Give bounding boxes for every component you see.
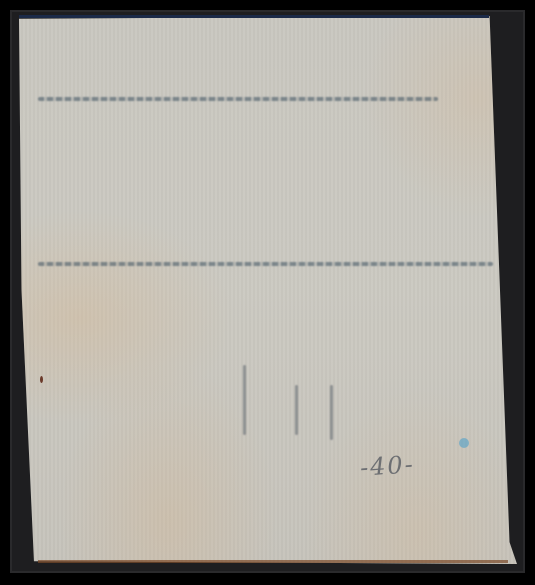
pencil-mark xyxy=(243,365,246,435)
photo-frame: -40- xyxy=(0,0,535,585)
ink-showthrough-line-top xyxy=(38,97,438,101)
pencil-mark xyxy=(330,385,333,440)
pencil-notation: -40- xyxy=(359,450,416,482)
pencil-mark xyxy=(295,385,298,435)
ink-showthrough-line-middle xyxy=(38,262,493,266)
stamp-top-edge xyxy=(19,15,489,18)
brown-speck xyxy=(40,376,43,383)
blue-ink-speck xyxy=(459,438,469,448)
stamp-bottom-edge xyxy=(38,560,508,563)
